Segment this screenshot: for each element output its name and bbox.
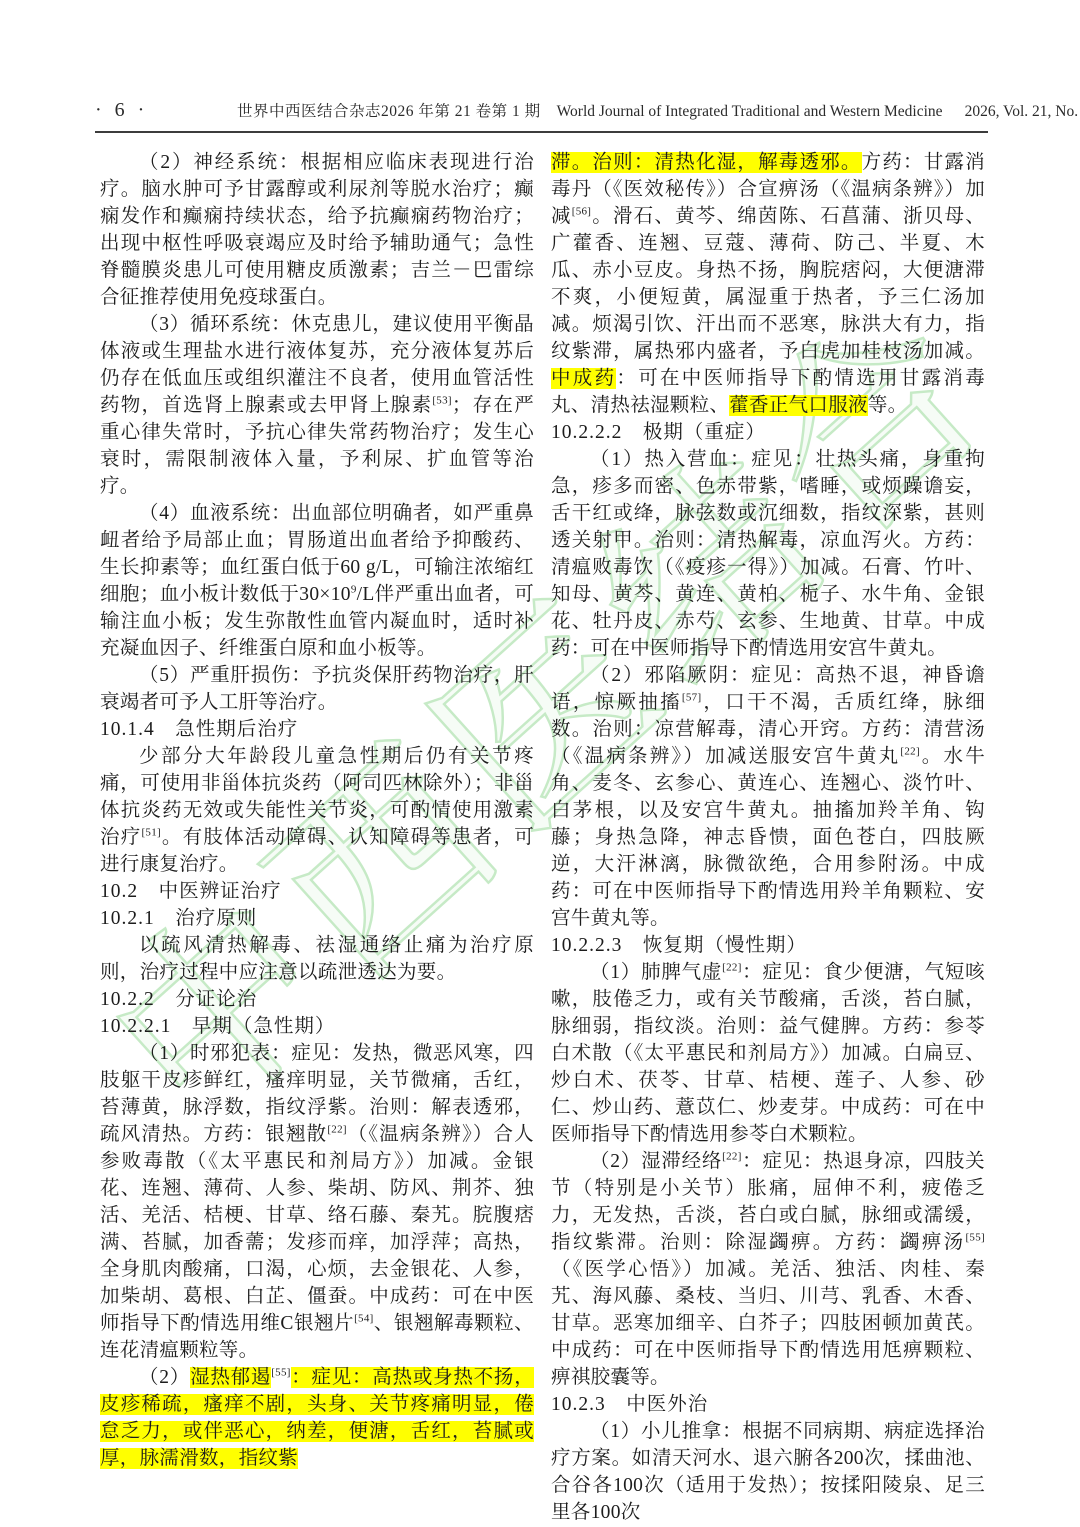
paragraph: （2）神经系统：根据相应临床表现进行治疗。脑水肿可予甘露醇或利尿剂等脱水治疗；癫… <box>100 149 534 311</box>
section-heading: 10.2.1 治疗原则 <box>100 905 534 932</box>
paragraph: （1）时邪犯表：症见：发热，微恶风寒，四肢躯干皮疹鲜红，瘙痒明显，关节微痛，舌红… <box>100 1040 534 1364</box>
reference-superscript: [22] <box>722 962 742 974</box>
paragraph: （2）邪陷厥阴：症见：高热不退，神昏谵语，惊厥抽搐[57]，口干不渴，舌质红绛，… <box>551 662 985 932</box>
text-run: 。水牛角、麦冬、玄参心、黄连心、连翘心、淡竹叶、白茅根，以及安宫牛黄丸。抽搐加羚… <box>551 746 985 929</box>
text-run: 10.2.2.2 极期（重症） <box>551 422 766 443</box>
highlighted-text: 湿热郁遏 <box>190 1367 271 1388</box>
paragraph: （4）血液系统：出血部位明确者，如严重鼻衄者给予局部止血；胃肠道出血者给予抑酸药… <box>100 500 534 662</box>
journal-title-en: World Journal of Integrated Traditional … <box>557 103 943 121</box>
text-run: （2）湿滞经络 <box>590 1151 722 1172</box>
paragraph: （1）肺脾气虚[22]：症见：食少便溏，气短咳嗽，肢倦乏力，或有关节酸痛，舌淡，… <box>551 959 985 1148</box>
reference-superscript: [55] <box>965 1232 985 1244</box>
reference-superscript: [56] <box>572 206 592 218</box>
reference-superscript: [22] <box>900 746 920 758</box>
text-run: 10.2.1 治疗原则 <box>100 908 257 929</box>
section-heading: 10.1.4 急性期后治疗 <box>100 716 534 743</box>
text-run: 10.2.2.3 恢复期（慢性期） <box>551 935 807 956</box>
paragraph: （5）严重肝损伤：予抗炎保肝药物治疗，肝衰竭者可予人工肝等治疗。 <box>100 662 534 716</box>
text-run: 10.2 中医辨证治疗 <box>100 881 282 902</box>
paragraph: 滞。治则：清热化湿，解毒透邪。方药：甘露消毒丹（《医效秘传》）合宣痹汤（《温病条… <box>551 149 985 419</box>
text-run: （1）热入营血：症见：壮热头痛，身重拘急，疹多而密、色赤带紫，嗜睡，或烦躁谵妄，… <box>551 449 985 659</box>
text-run: （2） <box>139 1367 190 1388</box>
section-heading: 10.2.2 分证论治 <box>100 986 534 1013</box>
text-run: （《医学心悟》）加减。羌活、独活、肉桂、秦艽、海风藤、桑枝、当归、川芎、乳香、木… <box>551 1259 985 1388</box>
text-run: 。滑石、黄芩、绵茵陈、石菖蒲、浙贝母、广藿香、连翘、豆蔻、薄荷、防己、半夏、木瓜… <box>551 206 985 362</box>
paragraph: 少部分大年龄段儿童急性期后仍有关节疼痛，可使用非甾体抗炎药（阿司匹林除外）；非甾… <box>100 743 534 878</box>
text-run: 10.2.2.1 早期（急性期） <box>100 1016 335 1037</box>
left-column: （2）神经系统：根据相应临床表现进行治疗。脑水肿可予甘露醇或利尿剂等脱水治疗；癫… <box>100 149 534 1526</box>
highlighted-text: 滞。治则：清热化湿，解毒透邪。 <box>551 152 862 173</box>
page-number: · 6 · <box>95 99 237 122</box>
highlighted-text: 藿香正气口服液 <box>729 395 868 416</box>
article-body: （2）神经系统：根据相应临床表现进行治疗。脑水肿可予甘露醇或利尿剂等脱水治疗；癫… <box>100 149 985 1526</box>
text-run: 以疏风清热解毒、祛湿通络止痛为治疗原则，治疗过程中应注意以疏泄透达为要。 <box>100 935 534 983</box>
text-run: 。有肢体活动障碍、认知障碍等患者，可进行康复治疗。 <box>100 827 534 875</box>
section-heading: 10.2 中医辨证治疗 <box>100 878 534 905</box>
reference-superscript: [22] <box>327 1124 347 1136</box>
section-heading: 10.2.2.3 恢复期（慢性期） <box>551 932 985 959</box>
paragraph: （2）湿热郁遏[55]：症见：高热或身热不扬，皮疹稀疏，瘙痒不剧，头身、关节疼痛… <box>100 1364 534 1472</box>
section-heading: 10.2.2.1 早期（急性期） <box>100 1013 534 1040</box>
right-column: 滞。治则：清热化湿，解毒透邪。方药：甘露消毒丹（《医效秘传》）合宣痹汤（《温病条… <box>551 149 985 1526</box>
reference-superscript: [22] <box>722 1151 742 1163</box>
paragraph: （1）小儿推拿：根据不同病期、病症选择治疗方案。如清天河水、退六腑各200次，揉… <box>551 1418 985 1526</box>
text-run: （《温病条辨》）合人参败毒散（《太平惠民和剂局方》）加减。金银花、连翘、薄荷、人… <box>100 1124 534 1334</box>
section-heading: 10.2.2.2 极期（重症） <box>551 419 985 446</box>
section-heading: 10.2.3 中医外治 <box>551 1391 985 1418</box>
page-header: · 6 · 世界中西医结合杂志2026 年第 21 卷第 1 期 World J… <box>95 99 988 122</box>
reference-superscript: [57] <box>682 692 702 704</box>
paragraph: （3）循环系统：休克患儿，建议使用平衡晶体液或生理盐水进行液体复苏，充分液体复苏… <box>100 311 534 500</box>
text-run: 10.1.4 急性期后治疗 <box>100 719 298 740</box>
reference-superscript: [55] <box>271 1367 291 1379</box>
text-run: 10.2.2 分证论治 <box>100 989 257 1010</box>
journal-page: 中西医结合 · 6 · 世界中西医结合杂志2026 年第 21 卷第 1 期 W… <box>0 0 1080 1527</box>
reference-superscript: [53] <box>432 395 452 407</box>
header-rule <box>95 131 988 133</box>
text-run: 10.2.3 中医外治 <box>551 1394 708 1415</box>
text-run: （1）肺脾气虚 <box>590 962 722 983</box>
paragraph: 以疏风清热解毒、祛湿通络止痛为治疗原则，治疗过程中应注意以疏泄透达为要。 <box>100 932 534 986</box>
journal-title-cn: 世界中西医结合杂志2026 年第 21 卷第 1 期 <box>237 99 541 121</box>
reference-superscript: [54] <box>354 1313 374 1325</box>
highlighted-text: 中成药 <box>551 368 616 389</box>
text-run: （5）严重肝损伤：予抗炎保肝药物治疗，肝衰竭者可予人工肝等治疗。 <box>100 665 534 713</box>
paragraph: （1）热入营血：症见：壮热头痛，身重拘急，疹多而密、色赤带紫，嗜睡，或烦躁谵妄，… <box>551 446 985 662</box>
reference-superscript: [51] <box>141 827 161 839</box>
text-run: 等。 <box>868 395 908 416</box>
journal-issue: 2026, Vol. 21, No. 1 <box>965 103 1080 121</box>
paragraph: （2）湿滞经络[22]：症见：热退身凉，四肢关节（特别是小关节）胀痛，屈伸不利，… <box>551 1148 985 1391</box>
text-run: （2）神经系统：根据相应临床表现进行治疗。脑水肿可予甘露醇或利尿剂等脱水治疗；癫… <box>100 152 534 308</box>
text-run: ：症见：食少便溏，气短咳嗽，肢倦乏力，或有关节酸痛，舌淡，苔白腻，脉细弱，指纹淡… <box>551 962 985 1145</box>
text-run: （1）小儿推拿：根据不同病期、病症选择治疗方案。如清天河水、退六腑各200次，揉… <box>551 1421 985 1523</box>
